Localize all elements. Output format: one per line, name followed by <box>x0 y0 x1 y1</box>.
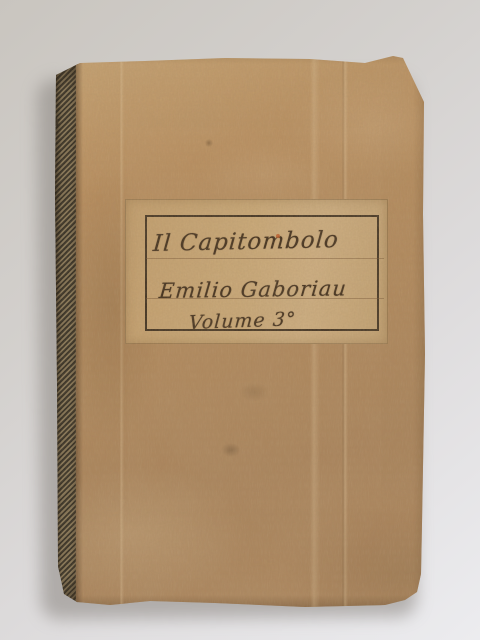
book: Il Capitombolo Emilio Gaboriau Volume 3° <box>55 54 425 607</box>
book-spine <box>55 58 78 607</box>
title-label: Il Capitombolo Emilio Gaboriau Volume 3° <box>125 199 388 344</box>
label-title-line: Il Capitombolo <box>152 227 340 257</box>
book-cover: Il Capitombolo Emilio Gaboriau Volume 3° <box>76 54 425 607</box>
label-volume-line: Volume 3° <box>188 308 297 334</box>
red-ink-speck <box>276 234 280 238</box>
label-author-line: Emilio Gaboriau <box>158 276 348 303</box>
ruled-line <box>146 258 384 259</box>
